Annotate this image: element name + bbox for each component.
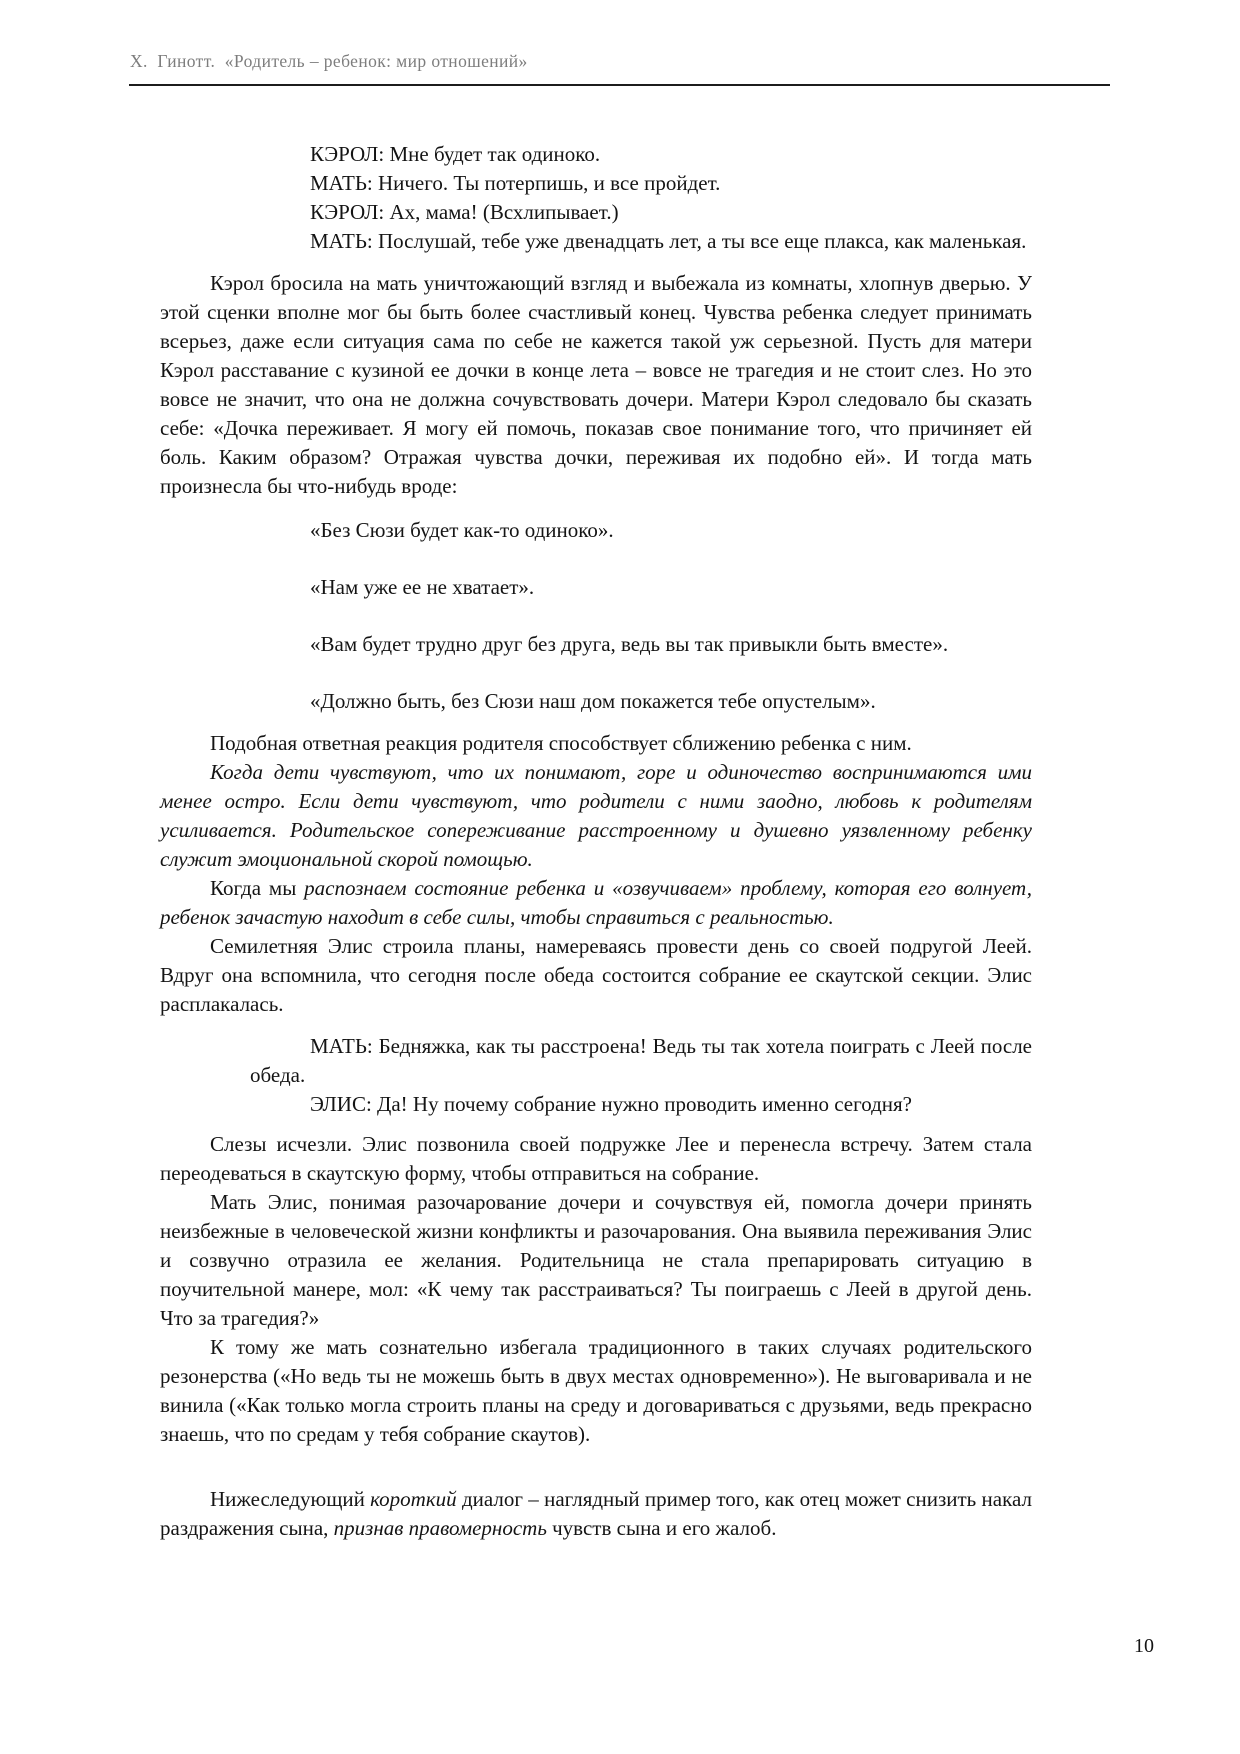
- dialogue-block-carol: КЭРОЛ: Мне будет так одиноко. МАТЬ: Ниче…: [160, 140, 1032, 256]
- paragraph-mixed-recognize: Когда мы распознаем состояние ребенка и …: [160, 874, 1032, 932]
- running-header: Х. Гинотт. «Родитель – ребенок: мир отно…: [130, 50, 528, 72]
- quote-line: «Без Сюзи будет как-то одиноко».: [310, 516, 1032, 545]
- dialogue-line: КЭРОЛ: Ах, мама! (Всхлипывает.): [160, 198, 1032, 227]
- paragraph-tears-gone: Слезы исчезли. Элис позвонила своей подр…: [160, 1130, 1032, 1188]
- page-number: 10: [1134, 1635, 1154, 1658]
- dialogue-block-alice: МАТЬ: Бедняжка, как ты расстроена! Ведь …: [160, 1032, 1032, 1119]
- text-italic: короткий: [370, 1487, 457, 1511]
- paragraph-avoided-moralizing: К тому же мать сознательно избегала трад…: [160, 1333, 1032, 1449]
- book-page: Х. Гинотт. «Родитель – ребенок: мир отно…: [0, 0, 1240, 1754]
- paragraph-italic-empathy: Когда дети чувствуют, что их понимают, г…: [160, 758, 1032, 874]
- paragraph-alice-plans: Семилетняя Элис строила планы, намеревая…: [160, 932, 1032, 1019]
- dialogue-line: ЭЛИС: Да! Ну почему собрание нужно прово…: [160, 1090, 1032, 1119]
- header-rule: [129, 84, 1110, 86]
- dialogue-line: МАТЬ: Послушай, тебе уже двенадцать лет,…: [160, 227, 1032, 256]
- quote-line: «Вам будет трудно друг без друга, ведь в…: [310, 630, 1032, 659]
- dialogue-line: МАТЬ: Бедняжка, как ты расстроена! Ведь …: [160, 1032, 1032, 1090]
- paragraph-mother-understanding: Мать Элис, понимая разочарование дочери …: [160, 1188, 1032, 1333]
- dialogue-line: КЭРОЛ: Мне будет так одиноко.: [160, 140, 1032, 169]
- text-regular: Нижеследующий: [210, 1487, 370, 1511]
- text-regular: Когда мы: [210, 876, 304, 900]
- text-italic: признав правомерность: [334, 1516, 547, 1540]
- paragraph-reaction: Подобная ответная реакция родителя спосо…: [160, 729, 1032, 758]
- paragraph-final-dialog-intro: Нижеследующий короткий диалог – наглядны…: [160, 1485, 1032, 1543]
- page-body: КЭРОЛ: Мне будет так одиноко. МАТЬ: Ниче…: [160, 140, 1032, 1543]
- quote-line: «Должно быть, без Сюзи наш дом покажется…: [310, 687, 1032, 716]
- text-regular: чувств сына и его жалоб.: [547, 1516, 777, 1540]
- dialogue-line: МАТЬ: Ничего. Ты потерпишь, и все пройде…: [160, 169, 1032, 198]
- quote-line: «Нам уже ее не хватает».: [310, 573, 1032, 602]
- paragraph-carol-scene: Кэрол бросила на мать уничтожающий взгля…: [160, 269, 1032, 501]
